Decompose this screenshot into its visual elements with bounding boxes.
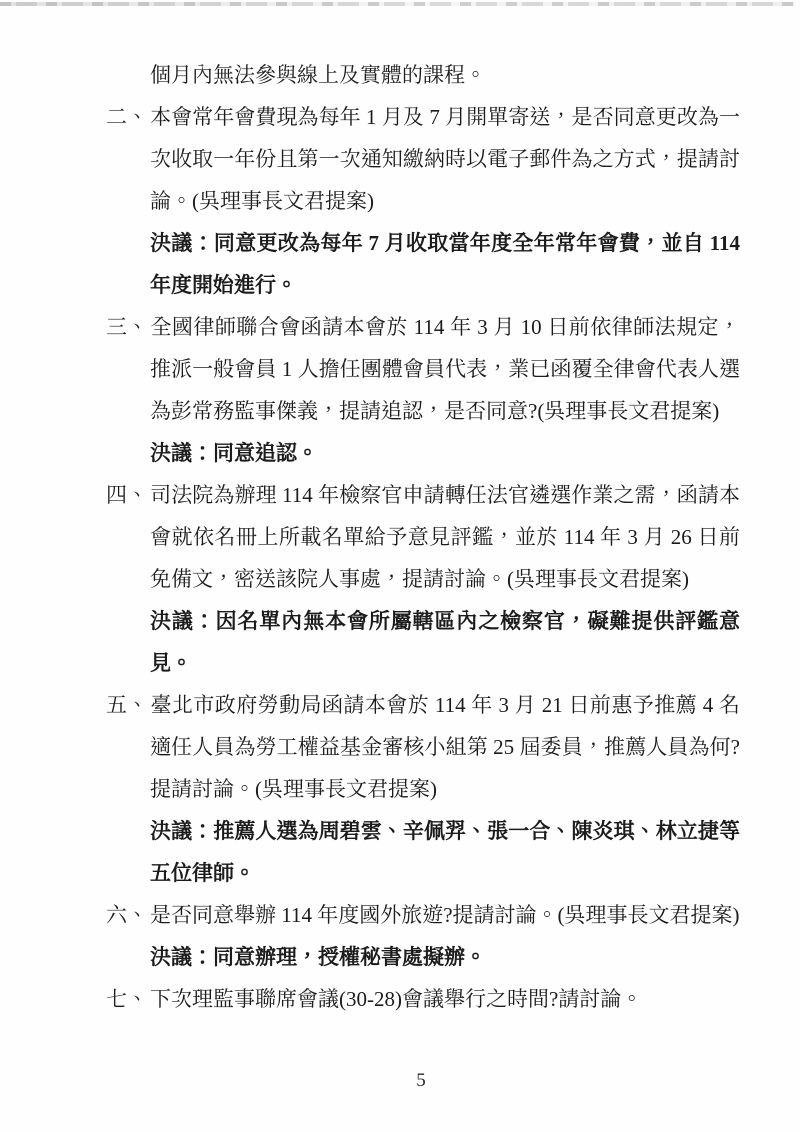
resolution-text: 決議：因名單內無本會所屬轄區內之檢察官，礙難提供評鑑意見。 — [150, 600, 740, 684]
resolution-text: 決議：同意辦理，授權秘書處擬辦。 — [150, 936, 740, 978]
continuation-text: 個月內無法參與線上及實體的課程。 — [150, 54, 740, 96]
item-marker: 五、 — [106, 684, 150, 726]
item-marker: 四、 — [106, 474, 150, 516]
scan-artifact-top — [0, 2, 794, 6]
item-text: 三、全國律師聯合會函請本會於 114 年 3 月 10 日前依律師法規定，推派一… — [150, 306, 740, 432]
item-body: 臺北市政府勞動局函請本會於 114 年 3 月 21 日前惠予推薦 4 名適任人… — [150, 693, 740, 801]
item-text: 二、本會常年會費現為每年 1 月及 7 月開單寄送，是否同意更改為一次收取一年份… — [150, 96, 740, 222]
resolution-text: 決議：同意追認。 — [150, 432, 740, 474]
agenda-item-3: 三、全國律師聯合會函請本會於 114 年 3 月 10 日前依律師法規定，推派一… — [150, 306, 740, 474]
item-text: 七、下次理監事聯席會議(30-28)會議舉行之時間?請討論。 — [150, 978, 740, 1020]
agenda-item-7: 七、下次理監事聯席會議(30-28)會議舉行之時間?請討論。 — [150, 978, 740, 1020]
item-marker: 六、 — [106, 894, 150, 936]
item-body: 司法院為辦理 114 年檢察官申請轉任法官遴選作業之需，函請本會就依名冊上所載名… — [150, 483, 740, 591]
item-body: 是否同意舉辦 114 年度國外旅遊?提請討論。(吳理事長文君提案) — [150, 903, 740, 927]
resolution-text: 決議：推薦人選為周碧雲、辛佩羿、張一合、陳炎琪、林立捷等五位律師。 — [150, 810, 740, 894]
page-number: 5 — [21, 1068, 800, 1094]
item-body: 下次理監事聯席會議(30-28)會議舉行之時間?請討論。 — [150, 987, 642, 1011]
item-marker: 七、 — [106, 978, 150, 1020]
agenda-item-6: 六、是否同意舉辦 114 年度國外旅遊?提請討論。(吳理事長文君提案) 決議：同… — [150, 894, 740, 978]
item-text: 五、臺北市政府勞動局函請本會於 114 年 3 月 21 日前惠予推薦 4 名適… — [150, 684, 740, 810]
document-content: 個月內無法參與線上及實體的課程。 二、本會常年會費現為每年 1 月及 7 月開單… — [150, 54, 740, 1020]
agenda-item-5: 五、臺北市政府勞動局函請本會於 114 年 3 月 21 日前惠予推薦 4 名適… — [150, 684, 740, 894]
item-body: 本會常年會費現為每年 1 月及 7 月開單寄送，是否同意更改為一次收取一年份且第… — [150, 105, 740, 213]
agenda-item-2: 二、本會常年會費現為每年 1 月及 7 月開單寄送，是否同意更改為一次收取一年份… — [150, 96, 740, 306]
item-body: 全國律師聯合會函請本會於 114 年 3 月 10 日前依律師法規定，推派一般會… — [150, 315, 740, 423]
item-text: 六、是否同意舉辦 114 年度國外旅遊?提請討論。(吳理事長文君提案) — [150, 894, 740, 936]
resolution-text: 決議：同意更改為每年 7 月收取當年度全年常年會費，並自 114 年度開始進行。 — [150, 222, 740, 306]
agenda-item-4: 四、司法院為辦理 114 年檢察官申請轉任法官遴選作業之需，函請本會就依名冊上所… — [150, 474, 740, 684]
item-marker: 二、 — [106, 96, 150, 138]
item-text: 四、司法院為辦理 114 年檢察官申請轉任法官遴選作業之需，函請本會就依名冊上所… — [150, 474, 740, 600]
item-marker: 三、 — [106, 306, 150, 348]
document-page: 個月內無法參與線上及實體的課程。 二、本會常年會費現為每年 1 月及 7 月開單… — [0, 0, 800, 1132]
